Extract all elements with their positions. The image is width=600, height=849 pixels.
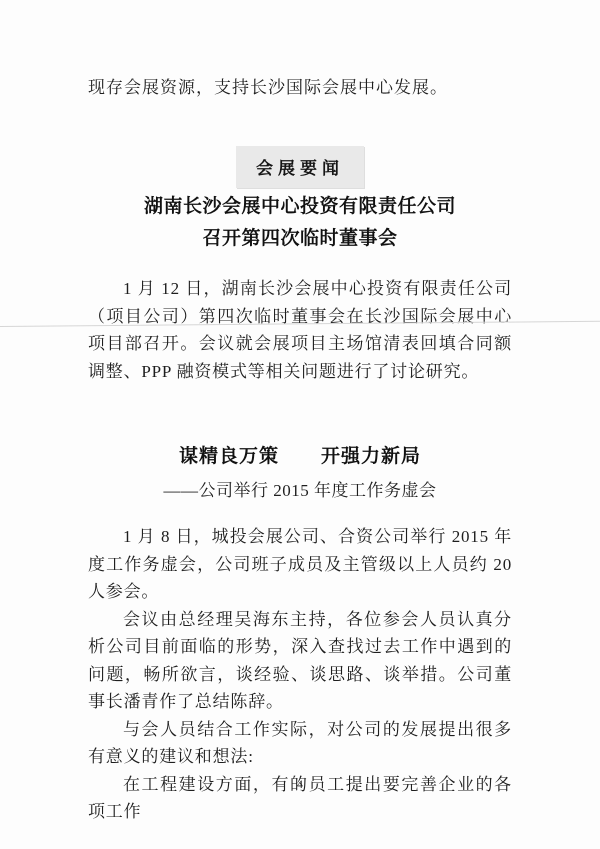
article2-subtitle: ——公司举行 2015 年度工作务虚会: [0, 476, 600, 501]
article-title-line1: 湖南长沙会展中心投资有限责任公司: [0, 191, 600, 218]
body-paragraph: 会议由总经理吴海东主持，各位参会人员认真分析公司目前面临的形势，深入查找过去工作…: [88, 606, 512, 716]
article-paragraph: 1 月 12 日，湖南长沙会展中心投资有限责任公司（项目公司）第四次临时董事会在…: [88, 275, 512, 385]
intro-line: 现存会展资源，支持长沙国际会展中心发展。: [88, 74, 512, 101]
section-badge: 会展要闻: [236, 146, 364, 188]
body-paragraph: 与会人员结合工作实际，对公司的发展提出很多有意义的建议和想法:: [88, 716, 512, 771]
body-paragraph: 1 月 8 日，城投会展公司、合资公司举行 2015 年度工作务虚会，公司班子成…: [88, 523, 512, 606]
document-page: 现存会展资源，支持长沙国际会展中心发展。 会展要闻 湖南长沙会展中心投资有限责任…: [0, 0, 600, 849]
article2-title-part2: 开强力新局: [321, 446, 421, 467]
article2-title: 谋精良万策开强力新局: [0, 441, 600, 468]
page-number: 4: [0, 777, 600, 792]
article-title-line2: 召开第四次临时董事会: [0, 223, 600, 250]
article2-title-part1: 谋精良万策: [179, 446, 279, 467]
